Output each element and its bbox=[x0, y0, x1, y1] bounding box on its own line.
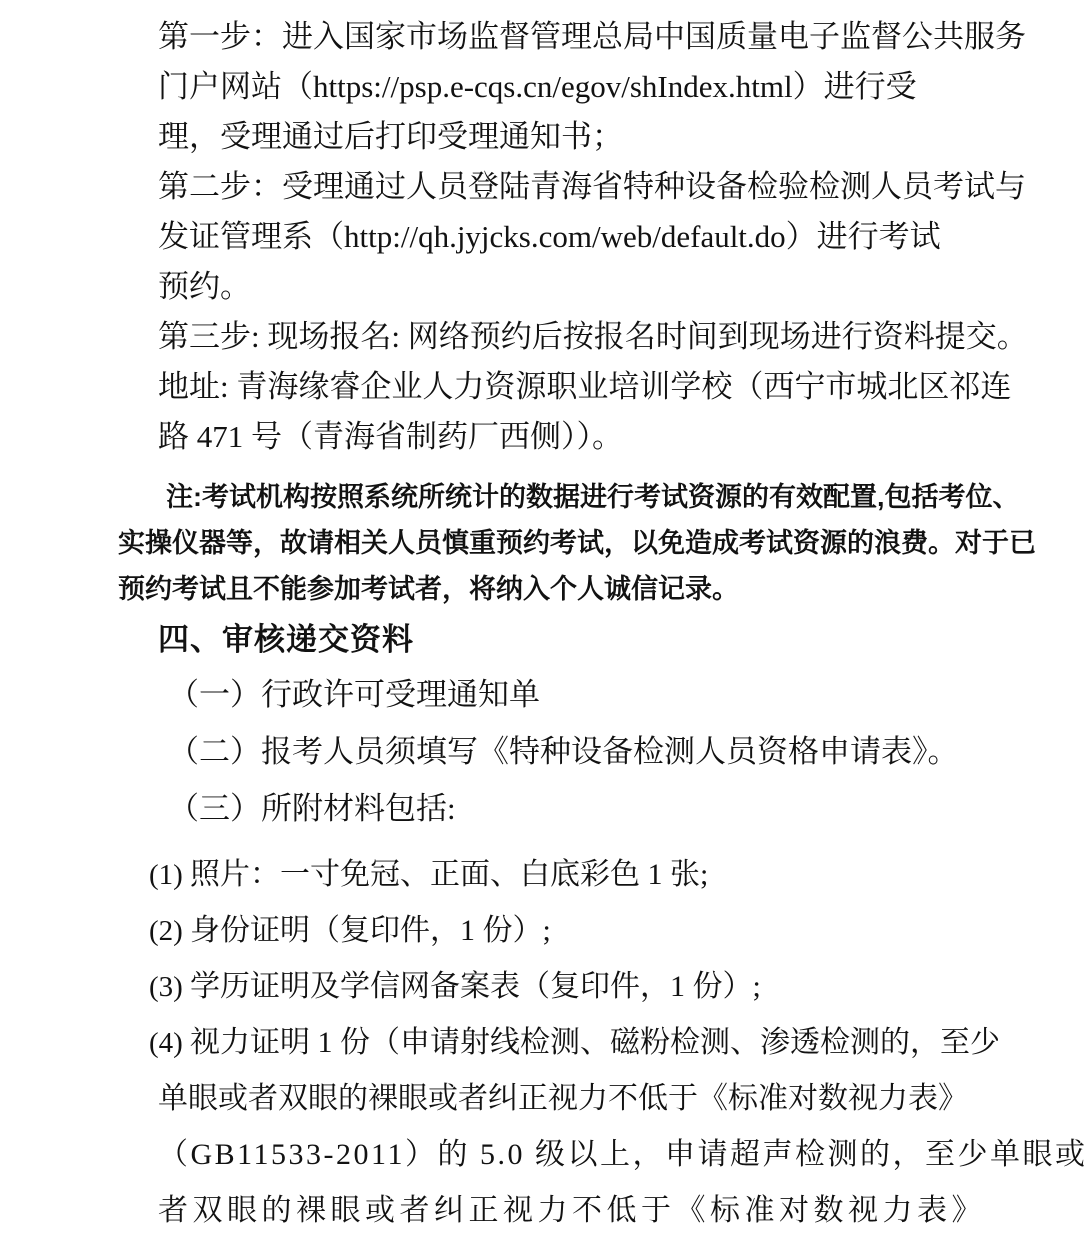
sub-item-list: （一）行政许可受理通知单 （二）报考人员须填写《特种设备检测人员资格申请表》。 … bbox=[158, 666, 1030, 837]
section-heading: 四、审核递交资料 bbox=[158, 618, 1030, 662]
note-line: 实操仪器等，故请相关人员慎重预约考试，以免造成考试资源的浪费。对于已 bbox=[118, 520, 1050, 566]
numbered-list: (1)照片：一寸免冠、正面、白底彩色 1 张; (2)身份证明（复印件，1 份）… bbox=[158, 847, 1030, 1236]
list-line: (1)照片：一寸免冠、正面、白底彩色 1 张; bbox=[158, 847, 1030, 903]
text-line: 照片：一寸免冠、正面、白底彩色 1 张; bbox=[190, 858, 708, 891]
item-number: (4) bbox=[117, 1015, 183, 1071]
document-body: 第一步：进入国家市场监督管理总局中国质量电子监督公共服务 门户网站（https:… bbox=[158, 12, 1030, 1236]
note-line: 预约考试且不能参加考试者，将纳入个人诚信记录。 bbox=[118, 566, 1050, 612]
list-line: 者双眼的裸眼或者纠正视力不低于《标准对数视力表》 bbox=[158, 1183, 1030, 1236]
text-line-url: 发证管理系（http://qh.jyjcks.com/web/default.d… bbox=[158, 212, 1030, 262]
list-line: 单眼或者双眼的裸眼或者纠正视力不低于《标准对数视力表》 bbox=[158, 1071, 1030, 1127]
sub-item-3: （三）所附材料包括: bbox=[158, 780, 1030, 837]
numbered-item-3: (3)学历证明及学信网备案表（复印件，1 份）; bbox=[158, 959, 1030, 1015]
numbered-item-1: (1)照片：一寸免冠、正面、白底彩色 1 张; bbox=[158, 847, 1030, 903]
item-number: (2) bbox=[117, 903, 183, 959]
sub-item-1: （一）行政许可受理通知单 bbox=[158, 666, 1030, 723]
text-line: 第三步: 现场报名: 网络预约后按报名时间到现场进行资料提交。 bbox=[158, 312, 1030, 362]
text-line: 地址: 青海缘睿企业人力资源职业培训学校（西宁市城北区祁连 bbox=[158, 362, 1030, 412]
step-3-paragraph: 第三步: 现场报名: 网络预约后按报名时间到现场进行资料提交。 bbox=[158, 312, 1030, 362]
text-line-url: 门户网站（https://psp.e-cqs.cn/egov/shIndex.h… bbox=[158, 62, 1030, 112]
note-paragraph: 注:考试机构按照系统所统计的数据进行考试资源的有效配置,包括考位、 实操仪器等，… bbox=[118, 474, 1050, 612]
sub-item-2: （二）报考人员须填写《特种设备检测人员资格申请表》。 bbox=[158, 723, 1030, 780]
text-line: 学历证明及学信网备案表（复印件，1 份）; bbox=[190, 970, 761, 1003]
text-line: 视力证明 1 份（申请射线检测、磁粉检测、渗透检测的，至少 bbox=[190, 1026, 1000, 1059]
numbered-item-2: (2)身份证明（复印件，1 份）; bbox=[158, 903, 1030, 959]
item-number: (1) bbox=[117, 847, 183, 903]
step-2-paragraph: 第二步：受理通过人员登陆青海省特种设备检验检测人员考试与 发证管理系（http:… bbox=[158, 162, 1030, 312]
address-paragraph: 地址: 青海缘睿企业人力资源职业培训学校（西宁市城北区祁连 路 471 号（青海… bbox=[158, 362, 1030, 462]
note-line: 注:考试机构按照系统所统计的数据进行考试资源的有效配置,包括考位、 bbox=[118, 474, 1050, 520]
item-number: (3) bbox=[117, 959, 183, 1015]
list-line: （GB11533-2011）的 5.0 级以上，申请超声检测的，至少单眼或 bbox=[158, 1127, 1030, 1183]
text-line: 第二步：受理通过人员登陆青海省特种设备检验检测人员考试与 bbox=[158, 162, 1030, 212]
list-line: (3)学历证明及学信网备案表（复印件，1 份）; bbox=[158, 959, 1030, 1015]
numbered-item-4: (4)视力证明 1 份（申请射线检测、磁粉检测、渗透检测的，至少 单眼或者双眼的… bbox=[158, 1015, 1030, 1236]
text-line: 预约。 bbox=[158, 262, 1030, 312]
document-page: 第一步：进入国家市场监督管理总局中国质量电子监督公共服务 门户网站（https:… bbox=[0, 0, 1088, 1236]
text-line: 第一步：进入国家市场监督管理总局中国质量电子监督公共服务 bbox=[158, 12, 1030, 62]
text-line: 身份证明（复印件，1 份）; bbox=[190, 914, 551, 947]
list-line: (2)身份证明（复印件，1 份）; bbox=[158, 903, 1030, 959]
text-line: 理，受理通过后打印受理通知书； bbox=[158, 112, 1030, 162]
step-1-paragraph: 第一步：进入国家市场监督管理总局中国质量电子监督公共服务 门户网站（https:… bbox=[158, 12, 1030, 162]
text-line: 路 471 号（青海省制药厂西侧））。 bbox=[158, 412, 1030, 462]
list-line: (4)视力证明 1 份（申请射线检测、磁粉检测、渗透检测的，至少 bbox=[158, 1015, 1030, 1071]
